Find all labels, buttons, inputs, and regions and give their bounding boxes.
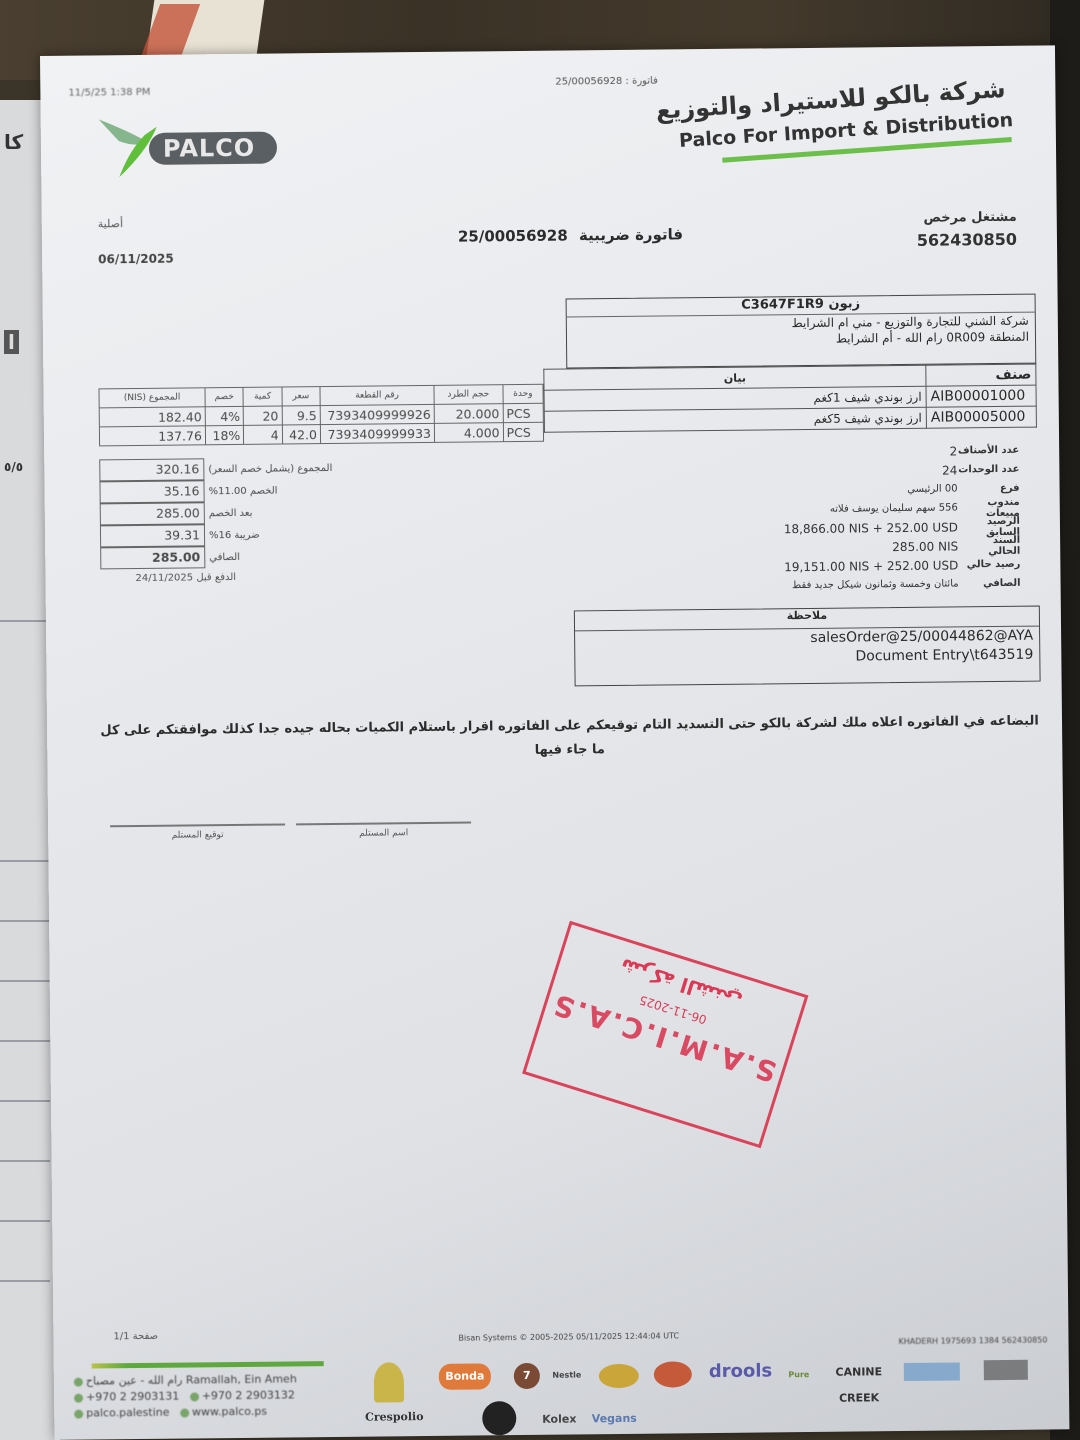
website-link: www.palco.ps bbox=[192, 1405, 267, 1419]
ruled-line bbox=[0, 920, 50, 922]
user-footer: KHADERH 1975693 1384 562430850 bbox=[898, 1336, 1047, 1347]
page-number: صفحة 1/1 bbox=[113, 1331, 158, 1342]
web-icon bbox=[180, 1408, 189, 1417]
invoice-title: فاتورة ضريبية 25/00056928 bbox=[452, 225, 683, 245]
items-table-left: المجموع (NIS) خصم كمية سعر رقم القطعة حج… bbox=[98, 384, 544, 447]
summary-row: السند الحالي285.00 NIS bbox=[720, 536, 1020, 558]
notes-line: Document Entry\t643519 bbox=[575, 646, 1039, 670]
received-stamp: شركة الشني 06-11-2025 S.A.M.I.C.A.S bbox=[522, 921, 808, 1148]
brand-logo: Bonda bbox=[439, 1363, 491, 1390]
brand-logo: Pure bbox=[784, 1362, 814, 1388]
brand-logo-icon bbox=[599, 1364, 639, 1388]
brand-logo-icon bbox=[482, 1401, 516, 1435]
phone-icon bbox=[74, 1393, 83, 1402]
left-sheet-mark: ٥/٥ bbox=[4, 460, 23, 474]
total-discount: 35.16الخصم 11.00% bbox=[99, 478, 399, 503]
ruled-line bbox=[0, 1220, 50, 1222]
system-footer: Bisan Systems © 2005-2025 05/11/2025 12:… bbox=[458, 1331, 679, 1342]
invoice-title-label: فاتورة ضريبية bbox=[579, 225, 683, 244]
totals-block: 320.16المجموع (يشمل خصم السعر) 35.16الخص… bbox=[99, 456, 400, 569]
left-sheet-mark: كا bbox=[4, 130, 23, 154]
brand-logo: Vegans bbox=[589, 1406, 639, 1433]
total-net: 285.00الصافي bbox=[100, 544, 400, 569]
ruled-line bbox=[0, 1280, 50, 1282]
total-subtotal: 320.16المجموع (يشمل خصم السعر) bbox=[99, 456, 399, 481]
copy-label: أصلية bbox=[98, 217, 123, 230]
ruled-line bbox=[0, 1100, 50, 1102]
items-table-right: بيان صنف ارز بوندي شيف 1كغم AIB00001000 … bbox=[543, 364, 1037, 433]
ownership-disclaimer: البضاعه في الفاتوره اعلاه ملك لشركة بالك… bbox=[97, 710, 1042, 768]
location-icon bbox=[74, 1377, 83, 1386]
ruled-line bbox=[0, 1040, 50, 1042]
footer-divider bbox=[92, 1361, 324, 1368]
summary-block: عدد الأصناف2 عدد الوحدات24 فرع00 الرئيسي… bbox=[719, 441, 1021, 596]
tax-number: 562430850 bbox=[917, 230, 1017, 250]
summary-row: الصافيمائتان وخمسة وثمانون شيكل جديد فقط bbox=[720, 574, 1020, 596]
customer-box: زبون C3647F1R9 شركة الشني للتجارة والتوز… bbox=[566, 294, 1037, 369]
crespolio-logo-icon bbox=[374, 1362, 404, 1402]
logo-text: PALCO bbox=[149, 132, 277, 165]
brand-logo: Crespolio bbox=[364, 1404, 424, 1431]
invoice-number: 25/00056928 bbox=[458, 226, 568, 245]
table-row: ارز بوندي شيف 5كغم AIB00005000 bbox=[544, 406, 1036, 432]
receiver-signature-line: توقيع المستلم bbox=[110, 823, 285, 841]
ruled-line bbox=[0, 1160, 50, 1162]
brand-logos: Crespolio Bonda 7 Nestle drools Pure CAN… bbox=[354, 1345, 1075, 1433]
total-after-discount: 285.00بعد الخصم bbox=[100, 500, 400, 525]
invoice-date: 06/11/2025 bbox=[98, 252, 174, 267]
printed-timestamp: 11/5/25 1:38 PM bbox=[68, 87, 150, 99]
total-tax: 39.31ضريبة 16% bbox=[100, 522, 400, 547]
brand-logo-icon bbox=[904, 1362, 960, 1381]
footer-contact: رام الله - عين مصباح Ramallah, Ein Ameh … bbox=[74, 1371, 297, 1421]
due-date: الدفع قبل 24/11/2025 bbox=[135, 572, 236, 584]
brand-logo-icon bbox=[984, 1360, 1028, 1380]
brand-logo: Nestle bbox=[549, 1362, 585, 1388]
brand-logo: CANINE CREEK bbox=[824, 1359, 895, 1412]
receiver-name-line: اسم المستلم bbox=[296, 822, 471, 840]
ruled-line bbox=[0, 620, 50, 622]
brand-logo: Kolex bbox=[534, 1406, 584, 1433]
tax-label: مشتغل مرخص bbox=[923, 210, 1016, 226]
header-item-code: صنف bbox=[926, 364, 1036, 386]
ruled-line bbox=[0, 980, 50, 982]
brand-logo: drools bbox=[709, 1358, 769, 1385]
invoice-document: 11/5/25 1:38 PM 25/00056928 : فاتورة PAL… bbox=[40, 45, 1069, 1440]
notes-box: ملاحظة salesOrder@25/00044862@AYA Docume… bbox=[574, 606, 1041, 687]
left-sheet-mark: ا bbox=[4, 330, 19, 354]
social-icon bbox=[74, 1409, 83, 1418]
table-row: 137.76 18% 4 42.0 7393409999933 4.000 PC… bbox=[99, 422, 543, 446]
brand-logo-icon bbox=[654, 1361, 692, 1387]
ruled-line bbox=[0, 860, 50, 862]
fax-icon bbox=[190, 1392, 199, 1401]
brand-logo: 7 bbox=[514, 1363, 540, 1389]
top-reference: 25/00056928 : فاتورة bbox=[555, 76, 658, 88]
palco-logo: PALCO bbox=[89, 109, 290, 181]
